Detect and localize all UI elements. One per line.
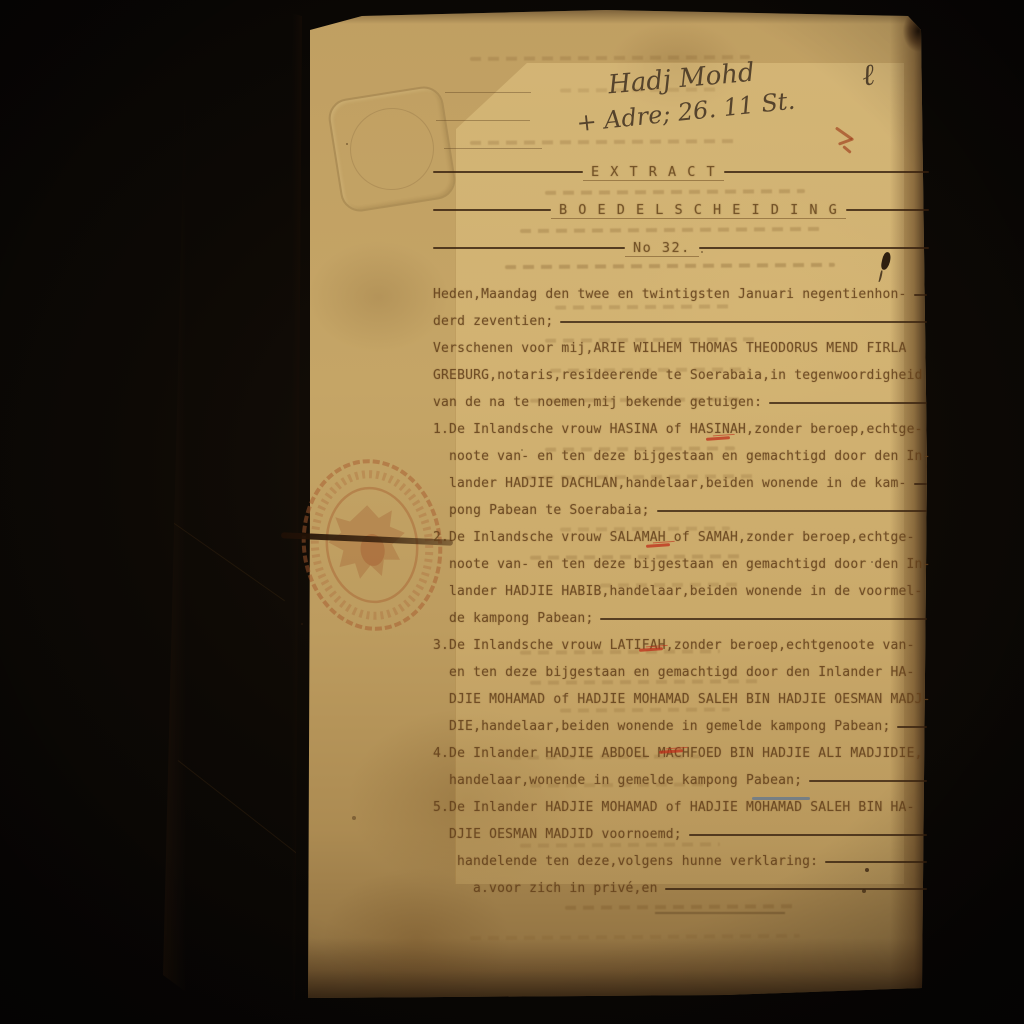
document-line: 3.De Inlandsche vrouw LATIFAH,zonder ber…: [433, 632, 927, 659]
document-line: derd zeventien;: [433, 308, 927, 335]
document-line: a.voor zich in privé,en: [433, 875, 927, 902]
typed-rule: [560, 321, 927, 323]
document-line: GREBURG,notaris,resideerende te Soerabai…: [433, 362, 927, 389]
title-row-extract: E X T R A C T: [433, 163, 929, 181]
typed-rule: [600, 618, 927, 620]
document-line-text: noote van- en ten deze bijgestaan en gem…: [449, 449, 931, 464]
document-line: 1.De Inlandsche vrouw HASINA of HASINAH,…: [433, 416, 927, 443]
typed-rule: [914, 294, 927, 296]
typed-rule: [825, 861, 927, 863]
title-row-boedelscheiding: B O E D E L S C H E I D I N G: [433, 201, 929, 219]
flap-crease: [170, 520, 285, 601]
red-ink-squiggle: [830, 128, 860, 158]
document-line: 5.De Inlander HADJIE MOHAMAD of HADJIE M…: [433, 794, 927, 821]
document-line-text: DJIE MOHAMAD of HADJIE MOHAMAD SALEH BIN…: [449, 692, 931, 707]
typed-rule: [433, 171, 583, 173]
document-line-text: DJIE OESMAN MADJID voornoemd;: [449, 827, 682, 842]
document-line-text: noote van- en ten deze bijgestaan en gem…: [449, 557, 931, 572]
deed-number: No 32.: [625, 240, 699, 257]
document-line: de kampong Pabean;: [433, 605, 927, 632]
faint-pencil-rule: [436, 120, 530, 121]
typed-rule: [699, 247, 929, 249]
typed-rule: [809, 780, 927, 782]
typed-rule: [846, 209, 929, 211]
typed-rule: [689, 834, 927, 836]
document-line: handelaar,wonende in gemelde kampong Pab…: [433, 767, 927, 794]
document-line-text: DIE,handelaar,beiden wonende in gemelde …: [449, 719, 890, 734]
flap-left-edge-shadow: [160, 0, 186, 1016]
document-line: van de na te noemen,mij bekende getuigen…: [433, 389, 927, 416]
ghost-signature-rule: [655, 912, 785, 914]
document-line-text: en ten deze bijgestaan en gemachtigd doo…: [449, 665, 915, 680]
document-line-text: pong Pabean te Soerabaia;: [449, 503, 650, 518]
document-line-text: derd zeventien;: [433, 314, 553, 329]
document-line-text: 2.De Inlandsche vrouw SALAMAH of SAMAH,z…: [433, 530, 915, 545]
typed-rule: [657, 510, 927, 512]
document-line-text: handelende ten deze,volgens hunne verkla…: [457, 854, 818, 869]
paper-specks: [865, 868, 869, 872]
faint-pencil-rule: [444, 148, 542, 149]
title-extract: E X T R A C T: [583, 164, 724, 181]
title-row-number: No 32.: [433, 239, 929, 257]
title-boedelscheiding: B O E D E L S C H E I D I N G: [551, 202, 846, 219]
photograph-stage: Hadj Mohd + Adre; 26. 11 St. ℓ E X T R A…: [0, 0, 1024, 1024]
document-line: handelende ten deze,volgens hunne verkla…: [433, 848, 927, 875]
blue-pencil-underline: [752, 797, 810, 800]
document-line-text: a.voor zich in privé,en: [473, 881, 658, 896]
page-torn-corner: [882, 10, 934, 80]
typed-rule: [914, 483, 927, 485]
typed-rule: [433, 209, 551, 211]
document-line-text: de kampong Pabean;: [449, 611, 593, 626]
faint-pencil-rule: [445, 92, 531, 93]
typed-body-text: Heden,Maandag den twee en twintigsten Ja…: [433, 281, 927, 902]
document-line-text: Verschenen voor mij,ARIE WILHEM THOMAS T…: [433, 341, 907, 356]
typed-rule: [897, 726, 927, 728]
document-line: DIE,handelaar,beiden wonende in gemelde …: [433, 713, 927, 740]
document-line-text: Heden,Maandag den twee en twintigsten Ja…: [433, 287, 907, 302]
flap-crease: [178, 760, 297, 853]
document-line-text: 4.De Inlander HADJIE ABDOEL MACHFOED BIN…: [433, 746, 923, 761]
page-top-shadow: [296, 6, 930, 24]
document-line: 4.De Inlander HADJIE ABDOEL MACHFOED BIN…: [433, 740, 927, 767]
page-bottom-shadow: [296, 938, 930, 1010]
folded-flap: [160, 0, 308, 1016]
typed-rule: [769, 402, 927, 404]
embossed-stamp-icon: [326, 84, 458, 215]
document-line: pong Pabean te Soerabaia;: [433, 497, 927, 524]
typed-rule: [665, 888, 927, 890]
typed-rule: [724, 171, 929, 173]
typed-rule: [433, 247, 625, 249]
document-line-text: 5.De Inlander HADJIE MOHAMAD of HADJIE M…: [433, 800, 915, 815]
document-line-text: 1.De Inlandsche vrouw HASINA of HASINAH,…: [433, 422, 923, 437]
